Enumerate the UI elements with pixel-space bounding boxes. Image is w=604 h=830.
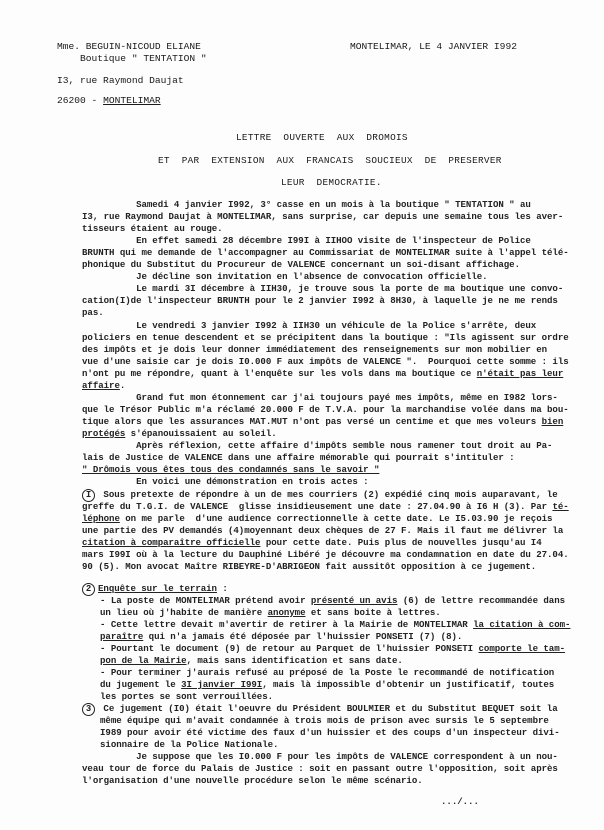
sender-city-line: 26200 - MONTELIMAR	[57, 95, 161, 106]
body-line: - Pour terminer j'aurais refusé au prépo…	[100, 667, 554, 679]
body-line: que le Trésor Public m'a réclamé 20.000 …	[82, 404, 569, 416]
body-line: Grand fut mon étonnement car j'ai toujou…	[82, 392, 558, 404]
place-date: MONTELIMAR, LE 4 JANVIER I992	[350, 41, 517, 52]
body-line: mars I99I où à la lecture du Dauphiné Li…	[82, 549, 569, 561]
body-line: du jugement le 3I janvier I99I, mais là …	[100, 679, 554, 691]
body-line: sionnaire de la Police Nationale.	[100, 739, 278, 751]
body-line: même équipe qui m'avait condamnée à troi…	[100, 715, 549, 727]
body-line: protégés s'épanouissaient au soleil.	[82, 428, 277, 440]
body-line: tique alors que les assurances MAT.MUT n…	[82, 416, 563, 428]
body-line: En effet samedi 28 décembre I99I à IIHOO…	[82, 235, 531, 247]
body-line: vue d'une saisie car je dois I0.000 F au…	[82, 356, 569, 368]
body-line: lais de Justice de VALENCE dans une affa…	[82, 452, 515, 464]
body-line: Je suppose que les I0.000 F pour les imp…	[82, 751, 558, 763]
circled-number-3: 3	[82, 703, 95, 716]
body-line: BRUNTH qui me demande de l'accompagner a…	[82, 247, 569, 259]
body-line: n'ont pu me répondre, quant à l'enquête …	[82, 368, 563, 380]
circled-number-2: 2	[82, 583, 95, 596]
body-line: l'organisation d'une nouvelle procédure …	[82, 775, 423, 787]
title-line-3: LEUR DEMOCRATIE.	[281, 177, 382, 188]
body-line: - La poste de MONTELIMAR prétend avoir p…	[100, 595, 565, 607]
body-line: Après réflexion, cette affaire d'impôts …	[82, 440, 552, 452]
body-line: une partie des PV demandés (4)moyennant …	[82, 525, 563, 537]
body-line: les portes se sont verrouillées.	[100, 691, 273, 703]
underlined-bien-proteges: bien	[542, 416, 564, 427]
body-line: affaire.	[82, 380, 125, 392]
sender-street: I3, rue Raymond Daujat	[57, 75, 184, 86]
body-line: cation(I)de l'inspecteur BRUNTH pour le …	[82, 295, 558, 307]
body-line: En voici une démonstration en trois acte…	[82, 476, 369, 488]
body-line: un lieu où j'habite de manière anonyme e…	[100, 607, 441, 619]
letter-page: Mme. BEGUIN-NICOUD ELIANE Boutique " TEN…	[0, 0, 604, 830]
body-line: tisseurs étaient au rouge.	[82, 223, 223, 235]
underlined-pas-leur-affaire: n'était pas leur	[477, 368, 564, 379]
continuation-mark: .../...	[441, 796, 479, 808]
body-line: des impôts et je dois leur donner immédi…	[82, 344, 547, 356]
body-line: greffe du T.G.I. de VALENCE glisse insid…	[82, 501, 569, 513]
body-line: veau tour de force du Palais de Justice …	[82, 763, 558, 775]
body-line: paraître qui n'a jamais été déposée par …	[100, 631, 462, 643]
body-line: phonique du Substitut du Procureur de VA…	[82, 259, 520, 271]
title-line-1: LETTRE OUVERTE AUX DROMOIS	[236, 132, 408, 143]
body-line: citation à comparaître officielle pour c…	[82, 537, 542, 549]
title-line-2: ET PAR EXTENSION AUX FRANCAIS SOUCIEUX D…	[158, 155, 502, 166]
body-line: Je décline son invitation en l'absence d…	[82, 271, 488, 283]
sender-shop: Boutique " TENTATION "	[80, 53, 207, 64]
sender-name: Mme. BEGUIN-NICOUD ELIANE	[57, 41, 201, 52]
body-line: pas.	[82, 307, 104, 319]
body-line: policiers en tenue descendent et se préc…	[82, 332, 569, 344]
sender-city: MONTELIMAR	[103, 95, 161, 106]
body-line: I3, rue Raymond Daujat à MONTELIMAR, san…	[82, 211, 563, 223]
sender-postcode: 26200 -	[57, 95, 103, 106]
slogan: " Drômois vous êtes tous des condamnés s…	[82, 464, 379, 476]
body-line: - Pourtant le document (9) de retour au …	[100, 643, 565, 655]
body-line: Samedi 4 janvier I992, 3° casse en un mo…	[82, 199, 531, 211]
body-line: 90 (5). Mon avocat Maître RIBEYRE-D'ABRI…	[82, 561, 536, 573]
body-line: - Cette lettre devait m'avertir de retir…	[100, 619, 570, 631]
body-line: Le vendredi 3 janvier I992 à IIH30 un vé…	[82, 320, 536, 332]
body-line: I989 pour avoir été victime des faux d'u…	[100, 727, 560, 739]
body-line: pon de la Mairie, mais sans identificati…	[100, 655, 403, 667]
body-line: léphone on me parle d'une audience corre…	[82, 513, 552, 525]
body-line: Le mardi 3I décembre à IIH30, je trouve …	[82, 283, 563, 295]
